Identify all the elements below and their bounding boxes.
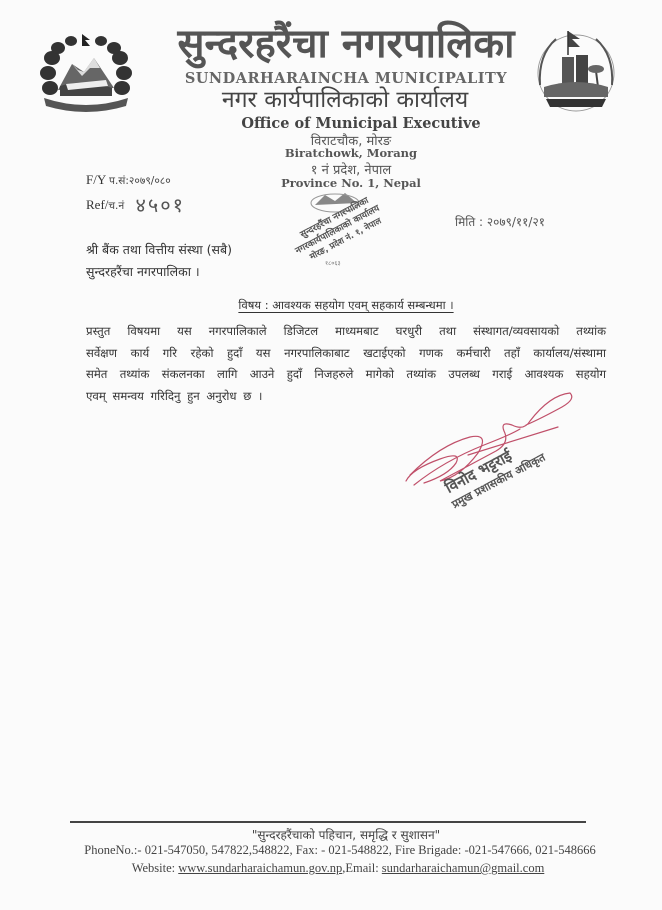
stamp-line4: १८०६३	[325, 260, 341, 267]
footer-divider	[70, 821, 586, 823]
city-en: Biratchowk, Morang	[0, 146, 662, 160]
date-line: मिति : २०७९/११/२१	[455, 213, 545, 230]
footer-phone: PhoneNo.:- 021-547050, 547822,548822, Fa…	[0, 843, 662, 858]
ref-number: ४५०१	[135, 193, 185, 217]
website-label: Website:	[132, 861, 175, 875]
reference-line: Ref/च.नं ४५०१	[86, 191, 185, 218]
subject-line: विषय : आवश्यक सहयोग एवम् सहकार्य सम्बन्ध…	[0, 298, 662, 313]
addressee-line2: सुन्दरहरैंचा नगरपालिका ।	[86, 263, 200, 280]
date-value: २०७९/११/२१	[487, 215, 545, 229]
email-link[interactable]: sundarharaichamun@gmail.com	[382, 861, 545, 875]
email-label: ,Email:	[342, 861, 378, 875]
website-link[interactable]: www.sundarharaichamun.gov.np	[178, 861, 342, 875]
body-line: सर्वेक्षण कार्य गरि रहेको हुदाँ यस नगरपा…	[86, 343, 606, 365]
footer-contact: Website: www.sundarharaichamun.gov.np,Em…	[0, 861, 662, 876]
fiscal-year-line: F/Y प.सं:२०७९/०८०	[86, 172, 171, 188]
municipality-title-np: सुन्दरहरैंचा नगरपालिका	[0, 20, 662, 68]
body-line: समेत तथ्यांक संकलनका लागि आउने हुदाँ निज…	[86, 364, 606, 386]
date-label: मिति :	[455, 215, 483, 229]
footer-slogan: "सुन्दरहरैंचाको पहिचान, समृद्धि र सुशासन…	[0, 826, 662, 843]
signature-block: विनोद भट्टराई प्रमुख प्रशासकीय अधिकृत	[400, 385, 575, 510]
ref-label: Ref/	[86, 197, 108, 212]
office-stamp: सुन्दरहरैंचा नगरपालिका नगरकार्यपालिकाको …	[285, 187, 385, 267]
body-line: प्रस्तुत विषयमा यस नगरपालिकाले डिजिटल मा…	[86, 321, 606, 343]
office-title-en: Office of Municipal Executive	[0, 115, 662, 132]
ref-value-label: च.नं	[108, 200, 124, 212]
office-title-np: नगर कार्यपालिकाको कार्यालय	[0, 85, 662, 115]
fy-value: प.सं:२०७९/०८०	[109, 175, 171, 187]
addressee-line1: श्री बैंक तथा वित्तीय संस्था (सबै)	[86, 241, 232, 258]
fy-label: F/Y	[86, 172, 106, 187]
subject-text: विषय : आवश्यक सहयोग एवम् सहकार्य सम्बन्ध…	[238, 298, 453, 312]
